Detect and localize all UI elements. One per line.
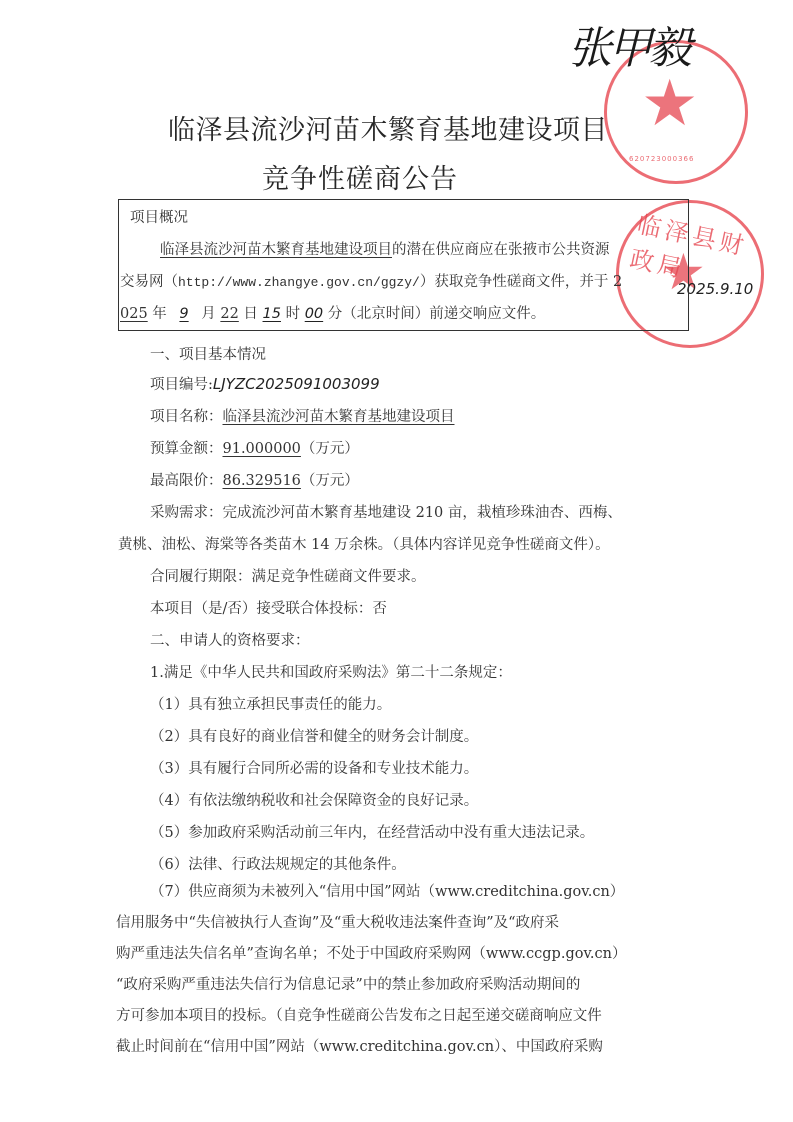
project-number-value: LJYZC2025091003099	[213, 375, 380, 393]
qualification-subitem: （6）法律、行政法规规定的其他条件。	[150, 853, 406, 874]
deadline-year: 025	[120, 306, 148, 322]
overview-line-1-rest: 的潜在供应商应在张掖市公共资源	[392, 242, 610, 258]
handwritten-signature: 张甲毅	[568, 12, 688, 76]
section-2-heading: 二、申请人的资格要求：	[150, 629, 310, 650]
overview-line-2: 交易网（http://www.zhangye.gov.cn/ggzy/）获取竞争…	[120, 270, 622, 291]
deadline-year-label: 年	[152, 306, 167, 322]
overview-line-2-pre: 交易网（	[120, 274, 178, 290]
budget-value: 91.000000	[223, 441, 301, 457]
max-price-label: 最高限价：	[150, 473, 223, 489]
section-1-heading: 一、项目基本情况	[150, 343, 266, 364]
max-price-value: 86.329516	[223, 473, 301, 489]
demand-line-2: 黄桃、油松、海棠等各类苗木 14 万余株。（具体内容详见竞争性磋商文件）。	[118, 533, 610, 554]
demand-line-1: 采购需求：完成流沙河苗木繁育基地建设 210 亩，栽植珍珠油杏、西梅、	[150, 501, 622, 522]
project-name-value: 临泽县流沙河苗木繁育基地建设项目	[223, 409, 455, 425]
item-7-line: “政府采购严重违法失信行为信息记录”中的禁止参加政府采购活动期间的	[116, 973, 580, 994]
item-7-line: 购严重违法失信名单”查询名单；不处于中国政府采购网（www.ccgp.gov.c…	[116, 942, 627, 963]
overview-line-2-post: ）获取竞争性磋商文件，并于 2	[420, 274, 622, 290]
qualification-subitem: （2）具有良好的商业信誉和健全的财务会计制度。	[150, 725, 478, 746]
qualification-subitem: （4）有依法缴纳税收和社会保障资金的良好记录。	[150, 789, 478, 810]
project-number-row: 项目编号:LJYZC2025091003099	[150, 373, 380, 394]
deadline-month-label: 月	[201, 306, 216, 322]
overview-line-1: 临泽县流沙河苗木繁育基地建设项目的潜在供应商应在张掖市公共资源	[160, 238, 610, 259]
qualification-item-1: 1.满足《中华人民共和国政府采购法》第二十二条规定：	[150, 661, 512, 682]
overview-heading: 项目概况	[130, 206, 188, 227]
seal-code: 620723000366	[629, 155, 694, 163]
project-name-row: 项目名称：临泽县流沙河苗木繁育基地建设项目	[150, 405, 455, 426]
document-title: 临泽县流沙河苗木繁育基地建设项目	[168, 108, 608, 147]
trading-site-url[interactable]: http://www.zhangye.gov.cn/ggzy/	[178, 275, 420, 290]
deadline-day: 22	[220, 306, 238, 322]
item-7-line: 信用服务中“失信被执行人查询”及“重大税收违法案件查询”及“政府采	[116, 911, 559, 932]
deadline-line: 025 年 9 月 22 日 15 时 00 分（北京时间）前递交响应文件。	[120, 302, 545, 323]
document-subtitle: 竞争性磋商公告	[262, 157, 458, 196]
qualification-subitem: （3）具有履行合同所必需的设备和专业技术能力。	[150, 757, 478, 778]
project-number-label: 项目编号:	[150, 377, 213, 393]
budget-unit: （万元）	[301, 441, 359, 457]
qualification-subitem: （5）参加政府采购活动前三年内，在经营活动中没有重大违法记录。	[150, 821, 594, 842]
deadline-minute: 00	[305, 306, 323, 322]
deadline-hour-label: 时	[286, 306, 301, 322]
deadline-day-label: 日	[243, 306, 258, 322]
project-name-link: 临泽县流沙河苗木繁育基地建设项目	[160, 242, 392, 258]
max-price-row: 最高限价：86.329516（万元）	[150, 469, 359, 490]
deadline-hour: 15	[263, 306, 281, 322]
item-7-line: 方可参加本项目的投标。（自竞争性磋商公告发布之日起至递交磋商响应文件	[116, 1004, 602, 1025]
consortium-policy: 本项目（是/否）接受联合体投标：否	[150, 597, 387, 618]
item-7-line: 截止时间前在“信用中国”网站（www.creditchina.gov.cn）、中…	[116, 1035, 603, 1056]
qualification-subitem: （1）具有独立承担民事责任的能力。	[150, 693, 391, 714]
project-name-label: 项目名称：	[150, 409, 223, 425]
max-price-unit: （万元）	[301, 473, 359, 489]
star-icon: ★	[641, 67, 698, 141]
deadline-month: 9	[171, 306, 196, 322]
budget-row: 预算金额：91.000000（万元）	[150, 437, 359, 458]
contract-period: 合同履行期限：满足竞争性磋商文件要求。	[150, 565, 426, 586]
item-7-line: （7）供应商须为未被列入“信用中国”网站（www.creditchina.gov…	[150, 880, 624, 901]
deadline-minute-label: 分（北京时间）前递交响应文件。	[328, 306, 546, 322]
budget-label: 预算金额：	[150, 441, 223, 457]
